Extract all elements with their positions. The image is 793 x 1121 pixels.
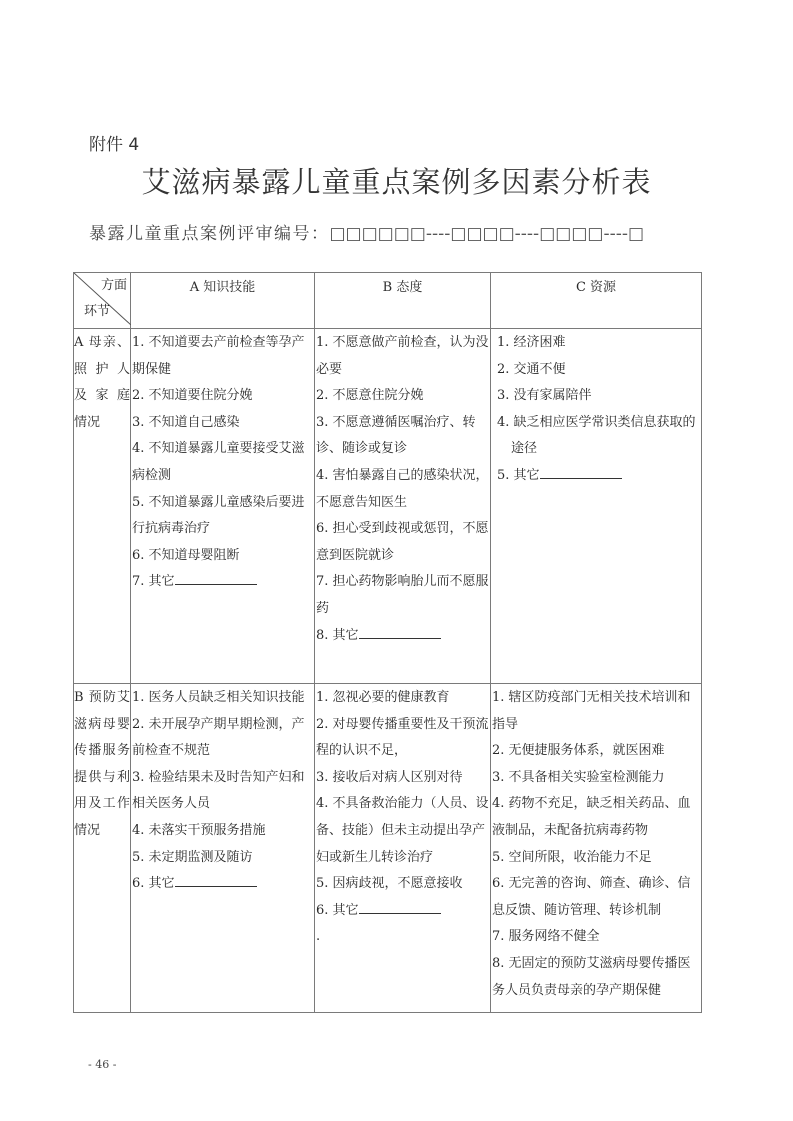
list-item: 1. 忽视必要的健康教育 (316, 685, 490, 712)
corner-header-cell: 方面 环节 (74, 273, 131, 329)
list-item: 5. 不知道暴露儿童感染后要进行抗病毒治疗 (132, 490, 314, 543)
list-item: 6. 无完善的咨询、筛查、确诊、信息反馈、随访管理、转诊机制 (492, 871, 701, 924)
row-label-line: 情况 (74, 410, 130, 437)
row-label-line: 及 家 庭 (74, 383, 130, 410)
other-label: 8. 其它 (316, 628, 359, 643)
list-item: 2. 不知道要住院分娩 (132, 383, 314, 410)
case-number-line: 暴露儿童重点案例评审编号：□□□□□□----□□□□----□□□□----□ (89, 219, 644, 244)
other-label: 6. 其它 (316, 903, 359, 918)
list-item: 4. 不具备救治能力（人员、设备、技能）但未主动提出孕产妇或新生儿转诊治疗 (316, 791, 490, 871)
list-item: 3. 不愿意遵循医嘱治疗、转诊、随诊或复诊 (316, 410, 490, 463)
list-item: 6. 担心受到歧视或惩罚，不愿意到医院就诊 (316, 516, 490, 569)
column-header-resources: C 资源 (491, 273, 702, 329)
list-item: 1. 医务人员缺乏相关知识技能 (132, 685, 314, 712)
document-title: 艾滋病暴露儿童重点案例多因素分析表 (0, 160, 793, 201)
list-item: 1. 辖区防疫部门无相关技术培训和指导 (492, 685, 701, 738)
other-blank-field[interactable] (540, 464, 622, 479)
list-item: 3. 检验结果未及时告知产妇和相关医务人员 (132, 765, 314, 818)
list-item: 3. 不具备相关实验室检测能力 (492, 765, 701, 792)
case-number-boxes[interactable]: □□□□□□----□□□□----□□□□----□ (330, 224, 645, 244)
list-item: 2. 不愿意住院分娩 (316, 383, 490, 410)
list-item: 2. 对母婴传播重要性及干预流程的认识不足， (316, 712, 490, 765)
cell-attitude: 1. 忽视必要的健康教育 2. 对母婴传播重要性及干预流程的认识不足， 3. 接… (315, 684, 491, 1013)
other-label: 7. 其它 (132, 574, 175, 589)
list-item: 6. 不知道母婴阻断 (132, 543, 314, 570)
cell-knowledge: 1. 不知道要去产前检查等孕产期保健 2. 不知道要住院分娩 3. 不知道自己感… (131, 329, 315, 684)
list-item: 1. 经济困难 (497, 330, 701, 357)
column-header-knowledge: A 知识技能 (131, 273, 315, 329)
page-number: - 46 - (88, 1058, 116, 1071)
other-label: 6. 其它 (132, 876, 175, 891)
row-label-line: A 母亲、 (74, 330, 130, 357)
table-header-row: 方面 环节 A 知识技能 B 态度 C 资源 (74, 273, 702, 329)
list-item-other: 7. 其它 (132, 569, 314, 596)
list-item-other: 6. 其它 (316, 898, 490, 925)
list-item: 3. 接收后对病人区别对待 (316, 765, 490, 792)
row-label-line: 照 护 人 (74, 357, 130, 384)
list-item: 1. 不知道要去产前检查等孕产期保健 (132, 330, 314, 383)
other-blank-field[interactable] (359, 624, 441, 639)
other-blank-field[interactable] (175, 570, 257, 585)
corner-stage-label: 环节 (84, 300, 110, 319)
list-item: 4. 害怕暴露自己的感染状况，不愿意告知医生 (316, 463, 490, 516)
row-label-line: 提供与利 (74, 765, 130, 792)
list-item-other: 5. 其它 (497, 463, 701, 490)
list-item: 8. 无固定的预防艾滋病母婴传播医务人员负责母亲的孕产期保健 (492, 951, 701, 1004)
row-label-line: 滋病母婴 (74, 712, 130, 739)
other-blank-field[interactable] (175, 872, 257, 887)
list-item: 3. 没有家属陪伴 (497, 383, 701, 410)
list-item: 4. 药物不充足，缺乏相关药品、血液制品，未配备抗病毒药物 (492, 791, 701, 844)
attachment-label: 附件 4 (89, 130, 139, 155)
cell-attitude: 1. 不愿意做产前检查，认为没必要 2. 不愿意住院分娩 3. 不愿意遵循医嘱治… (315, 329, 491, 684)
list-item: 4. 不知道暴露儿童要接受艾滋病检测 (132, 436, 314, 489)
list-item: 3. 不知道自己感染 (132, 410, 314, 437)
list-item: 5. 未定期监测及随访 (132, 845, 314, 872)
list-item: 5. 空间所限，收治能力不足 (492, 845, 701, 872)
table-row-mother-family: A 母亲、 照 护 人 及 家 庭 情况 1. 不知道要去产前检查等孕产期保健 … (74, 329, 702, 684)
row-label-cell: A 母亲、 照 护 人 及 家 庭 情况 (74, 329, 131, 684)
row-label-cell: B 预防艾 滋病母婴 传播服务 提供与利 用及工作 情况 (74, 684, 131, 1013)
list-item: 4. 未落实干预服务措施 (132, 818, 314, 845)
list-item-other: 8. 其它 (316, 623, 490, 650)
list-item: 4. 缺乏相应医学常识类信息获取的途径 (497, 410, 701, 463)
corner-aspect-label: 方面 (101, 274, 127, 293)
list-item: 2. 未开展孕产期早期检测，产前检查不规范 (132, 712, 314, 765)
stray-dot: . (316, 924, 490, 951)
analysis-table: 方面 环节 A 知识技能 B 态度 C 资源 A 母亲、 照 护 人 及 家 庭… (73, 272, 702, 1013)
list-item: 7. 服务网络不健全 (492, 924, 701, 951)
column-header-attitude: B 态度 (315, 273, 491, 329)
cell-resources: 1. 辖区防疫部门无相关技术培训和指导 2. 无便捷服务体系，就医困难 3. 不… (491, 684, 702, 1013)
case-number-label: 暴露儿童重点案例评审编号： (89, 224, 330, 244)
list-item: 2. 无便捷服务体系，就医困难 (492, 738, 701, 765)
other-label: 5. 其它 (497, 468, 540, 483)
list-item: 5. 因病歧视，不愿意接收 (316, 871, 490, 898)
cell-resources: 1. 经济困难 2. 交通不便 3. 没有家属陪伴 4. 缺乏相应医学常识类信息… (491, 329, 702, 684)
table-row-service-provision: B 预防艾 滋病母婴 传播服务 提供与利 用及工作 情况 1. 医务人员缺乏相关… (74, 684, 702, 1013)
list-item: 1. 不愿意做产前检查，认为没必要 (316, 330, 490, 383)
list-item: 7. 担心药物影响胎儿而不愿服药 (316, 569, 490, 622)
other-blank-field[interactable] (359, 899, 441, 914)
row-label-line: 用及工作 (74, 791, 130, 818)
row-label-line: B 预防艾 (74, 685, 130, 712)
row-label-line: 传播服务 (74, 738, 130, 765)
cell-knowledge: 1. 医务人员缺乏相关知识技能 2. 未开展孕产期早期检测，产前检查不规范 3.… (131, 684, 315, 1013)
list-item: 2. 交通不便 (497, 357, 701, 384)
list-item-other: 6. 其它 (132, 871, 314, 898)
row-label-line: 情况 (74, 818, 130, 845)
